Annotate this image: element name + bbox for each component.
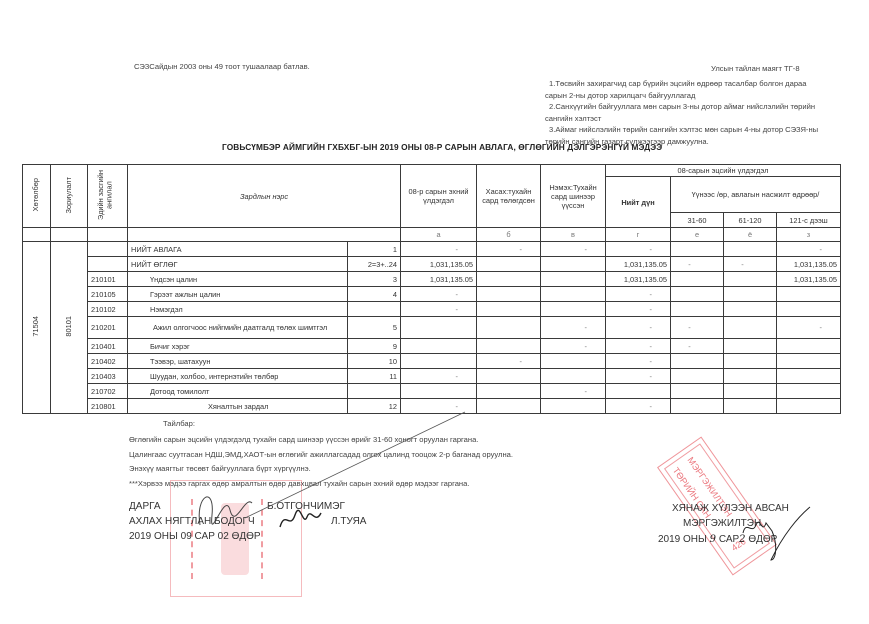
value-cell-b <box>477 272 541 287</box>
accountant-title: АХЛАХ НЯГТЛАН БОДОГЧ <box>129 516 255 527</box>
line-number-cell: 11 <box>348 369 401 384</box>
line-number-cell: 2=3+..24 <box>348 257 401 272</box>
line-number-cell: 10 <box>348 354 401 369</box>
line-number-cell: 4 <box>348 287 401 302</box>
econ-code-cell: 210101 <box>88 272 128 287</box>
value-cell-z <box>777 399 841 414</box>
value-cell-e <box>671 384 724 399</box>
value-cell-a: - <box>401 287 477 302</box>
value-cell-g: 1,031,135.05 <box>606 272 671 287</box>
value-cell-a <box>401 384 477 399</box>
table-row: 210402Тээвэр, шатахуун10-- <box>23 354 841 369</box>
value-cell-e: - <box>671 339 724 354</box>
value-cell-z <box>777 384 841 399</box>
header-add-new: Нэмэх:Тухайн сард шинээр үүссэн <box>541 165 606 228</box>
value-cell-g: - <box>606 339 671 354</box>
value-cell-v: - <box>541 384 606 399</box>
econ-code-cell: 210702 <box>88 384 128 399</box>
header-aging-61-120: 61-120 <box>724 213 777 228</box>
value-cell-g: - <box>606 317 671 339</box>
value-cell-e <box>671 302 724 317</box>
header-expense-name: Зардлын нэрс <box>128 165 401 228</box>
value-cell-yo <box>724 317 777 339</box>
column-letter: е <box>671 228 724 242</box>
value-cell-a <box>401 339 477 354</box>
line-number-cell <box>348 302 401 317</box>
value-cell-a: - <box>401 369 477 384</box>
value-cell-g: - <box>606 242 671 257</box>
line-number-cell: 5 <box>348 317 401 339</box>
value-cell-e <box>671 369 724 384</box>
form-code: Улсын тайлан маягт ТГ-8 <box>711 64 800 73</box>
value-cell-a <box>401 317 477 339</box>
program-code: 71504 <box>23 242 51 414</box>
value-cell-yo <box>724 369 777 384</box>
expense-name-cell: Үндсэн цалин <box>128 272 348 287</box>
header-closing-group: 08-сарын эцсийн үлдэгдэл <box>606 165 841 177</box>
column-letter: а <box>401 228 477 242</box>
value-cell-yo <box>724 272 777 287</box>
header-aging-31-60: 31-60 <box>671 213 724 228</box>
expense-name-cell: Нэмэгдэл <box>128 302 348 317</box>
notes-label: Тайлбар: <box>163 419 195 428</box>
value-cell-z <box>777 287 841 302</box>
value-cell-b <box>477 302 541 317</box>
header-deduct-paid: Хасах:тухайн сард төлөгдсөн <box>477 165 541 228</box>
value-cell-z: 1,031,135.05 <box>777 257 841 272</box>
value-cell-a: 1,031,135.05 <box>401 257 477 272</box>
report-table: Хөтөлбөр Зориулалт Эдийн засгийн ангилал… <box>22 164 841 414</box>
value-cell-e: - <box>671 317 724 339</box>
value-cell-e <box>671 242 724 257</box>
value-cell-z <box>777 339 841 354</box>
instruction-line: 3.Аймаг нийслэлийн төрийн сангийн хэлтэс… <box>545 124 818 136</box>
header-aging-group: Үүнээс /өр, авлагын насжилт өдрөөр/ <box>671 177 841 213</box>
expense-name-cell: Тээвэр, шатахуун <box>128 354 348 369</box>
expense-name-cell: Шуудан, холбоо, интернэтийн төлбөр <box>128 369 348 384</box>
value-cell-v <box>541 354 606 369</box>
value-cell-z <box>777 354 841 369</box>
header-program: Хөтөлбөр <box>23 165 51 228</box>
value-cell-b <box>477 384 541 399</box>
value-cell-b: - <box>477 354 541 369</box>
table-row: 210105Гэрээт ажлын цалин4-- <box>23 287 841 302</box>
value-cell-v <box>541 369 606 384</box>
instructions: 1.Төсвийн захирагчид сар бүрийн эцсийн ө… <box>545 78 818 148</box>
value-cell-yo <box>724 302 777 317</box>
value-cell-e <box>671 272 724 287</box>
value-cell-g: - <box>606 354 671 369</box>
value-cell-a: - <box>401 242 477 257</box>
econ-code-cell: 210105 <box>88 287 128 302</box>
value-cell-yo <box>724 399 777 414</box>
value-cell-yo <box>724 384 777 399</box>
value-cell-e: - <box>671 257 724 272</box>
header-econ-class: Эдийн засгийн ангилал <box>88 165 128 228</box>
line-number-cell: 1 <box>348 242 401 257</box>
report-title: ГОВЬСҮМБЭР АЙМГИЙН ГХБХБГ-ЫН 2019 ОНЫ 08… <box>222 142 662 152</box>
director-title: ДАРГА <box>129 501 161 512</box>
econ-code-cell: 210102 <box>88 302 128 317</box>
expense-name-cell: НИЙТ АВЛАГА <box>128 242 348 257</box>
value-cell-v: - <box>541 317 606 339</box>
table-row: 210201Ажил олгогчоос нийгмийн даатгалд т… <box>23 317 841 339</box>
value-cell-b <box>477 369 541 384</box>
econ-code-cell: 210401 <box>88 339 128 354</box>
value-cell-yo <box>724 242 777 257</box>
table-row: НИЙТ ӨГЛӨГ2=3+..241,031,135.051,031,135.… <box>23 257 841 272</box>
approval-note: СЭЗСайдын 2003 оны 49 тоот тушаалаар бат… <box>134 62 310 71</box>
value-cell-b <box>477 287 541 302</box>
value-cell-g: - <box>606 287 671 302</box>
table-row: 210401Бичиг хэрэг9--- <box>23 339 841 354</box>
table-row: 210403Шуудан, холбоо, интернэтийн төлбөр… <box>23 369 841 384</box>
header-total: Нийт дүн <box>606 177 671 228</box>
strike-line <box>240 410 470 520</box>
econ-code-cell: 210201 <box>88 317 128 339</box>
value-cell-a: - <box>401 302 477 317</box>
expense-name-cell: Дотоод томилолт <box>128 384 348 399</box>
econ-code-cell <box>88 257 128 272</box>
value-cell-e <box>671 399 724 414</box>
instruction-line: 1.Төсвийн захирагчид сар бүрийн эцсийн ө… <box>545 78 818 90</box>
table-row: 210702Дотоод томилолт- <box>23 384 841 399</box>
line-number-cell: 9 <box>348 339 401 354</box>
value-cell-v <box>541 272 606 287</box>
econ-code-cell: 210801 <box>88 399 128 414</box>
line-number-cell: 3 <box>348 272 401 287</box>
value-cell-z: 1,031,135.05 <box>777 272 841 287</box>
value-cell-yo <box>724 339 777 354</box>
instruction-line: 2.Санхүүгийн байгууллага мөн сарын 3-ны … <box>545 101 818 113</box>
value-cell-b <box>477 399 541 414</box>
value-cell-g <box>606 384 671 399</box>
value-cell-b: - <box>477 242 541 257</box>
value-cell-e <box>671 287 724 302</box>
column-letter: ё <box>724 228 777 242</box>
value-cell-v: - <box>541 242 606 257</box>
value-cell-b <box>477 339 541 354</box>
header-purpose: Зориулалт <box>51 165 88 228</box>
econ-code-cell: 210403 <box>88 369 128 384</box>
column-letter: г <box>606 228 671 242</box>
left-sign-date: 2019 ОНЫ 09 САР 02 ӨДӨР <box>129 531 261 542</box>
column-letter: б <box>477 228 541 242</box>
value-cell-b <box>477 317 541 339</box>
column-letter: в <box>541 228 606 242</box>
instruction-line: сангийн хэлтэст <box>545 113 818 125</box>
value-cell-yo <box>724 287 777 302</box>
econ-code-cell <box>88 242 128 257</box>
value-cell-v <box>541 257 606 272</box>
expense-name-cell: Гэрээт ажлын цалин <box>128 287 348 302</box>
header-opening-balance: 08-р сарын эхний үлдэгдэл <box>401 165 477 228</box>
line-number-cell <box>348 384 401 399</box>
value-cell-z <box>777 302 841 317</box>
value-cell-b <box>477 257 541 272</box>
column-letter: з <box>777 228 841 242</box>
value-cell-g: - <box>606 369 671 384</box>
value-cell-v: - <box>541 339 606 354</box>
expense-name-cell: НИЙТ ӨГЛӨГ <box>128 257 348 272</box>
table-row: 210101Үндсэн цалин31,031,135.051,031,135… <box>23 272 841 287</box>
value-cell-g: - <box>606 302 671 317</box>
value-cell-v <box>541 302 606 317</box>
value-cell-g: 1,031,135.05 <box>606 257 671 272</box>
column-letters-row: а б в г е ё з <box>23 228 841 242</box>
econ-code-cell: 210402 <box>88 354 128 369</box>
purpose-code: 80101 <box>51 242 88 414</box>
instruction-line: сарын 2-ны дотор харилцагч байгууллагад <box>545 90 818 102</box>
value-cell-z <box>777 369 841 384</box>
table-row: 210102Нэмэгдэл-- <box>23 302 841 317</box>
value-cell-z: - <box>777 317 841 339</box>
value-cell-e <box>671 354 724 369</box>
expense-name-cell: Бичиг хэрэг <box>128 339 348 354</box>
value-cell-a: 1,031,135.05 <box>401 272 477 287</box>
header-aging-121-plus: 121-с дээш <box>777 213 841 228</box>
value-cell-yo <box>724 354 777 369</box>
reviewer-signature <box>738 505 813 565</box>
expense-name-cell: Ажил олгогчоос нийгмийн даатгалд төлөх ш… <box>128 317 348 339</box>
table-row: 7150480101НИЙТ АВЛАГА1----- <box>23 242 841 257</box>
value-cell-yo: - <box>724 257 777 272</box>
value-cell-a <box>401 354 477 369</box>
value-cell-v <box>541 399 606 414</box>
value-cell-z: - <box>777 242 841 257</box>
value-cell-v <box>541 287 606 302</box>
value-cell-g: - <box>606 399 671 414</box>
